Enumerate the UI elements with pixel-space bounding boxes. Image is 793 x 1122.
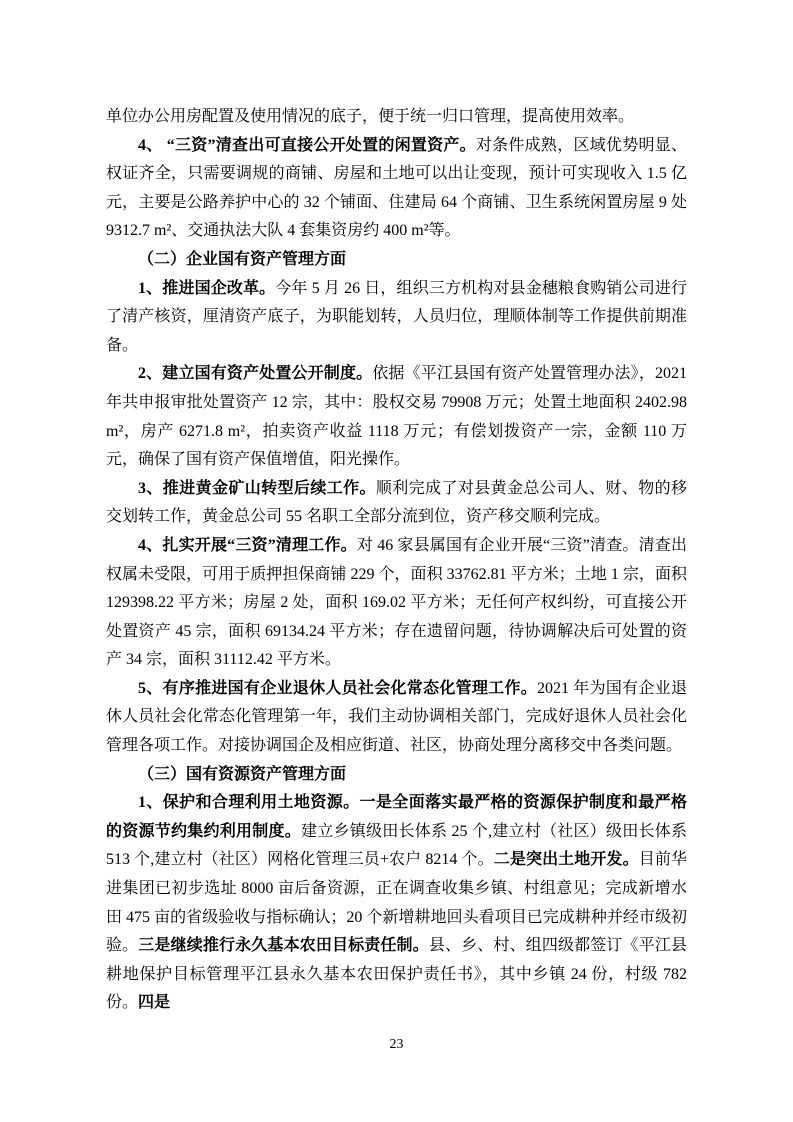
section-heading: （三）国有资源资产管理方面: [106, 761, 687, 790]
body-paragraph: 1、推进国企改革。今年 5 月 26 日，组织三方机构对县金穗粮食购销公司进行了…: [106, 275, 687, 361]
body-paragraph: 单位办公用房配置及使用情况的底子，便于统一归口管理，提高使用效率。: [106, 103, 687, 132]
run-in-heading: 2、建立国有资产处置公开制度。: [138, 365, 372, 382]
section-heading: （二）企业国有资产管理方面: [106, 246, 687, 275]
page-number: 23: [0, 1036, 793, 1054]
run-in-heading: 3、推进黄金矿山转型后续工作。: [138, 480, 376, 497]
body-paragraph: 2、建立国有资产处置公开制度。依据《平江县国有资产处置管理办法》，2021 年共…: [106, 360, 687, 474]
section-heading-text: （二）企业国有资产管理方面: [138, 251, 346, 268]
paragraph-text: 单位办公用房配置及使用情况的底子，便于统一归口管理，提高使用效率。: [106, 108, 634, 125]
body-paragraph: 3、推进黄金矿山转型后续工作。顺利完成了对县黄金总公司人、财、物的移交划转工作，…: [106, 475, 687, 532]
body-paragraph: 1、保护和合理利用土地资源。一是全面落实最严格的资源保护制度和最严格的资源节约集…: [106, 789, 687, 1018]
document-body: 单位办公用房配置及使用情况的底子，便于统一归口管理，提高使用效率。 4、 “三资…: [106, 103, 687, 1018]
body-paragraph: 4、 “三资”清查出可直接公开处置的闲置资产。对条件成熟，区域优势明显、权证齐全…: [106, 132, 687, 246]
run-in-heading: 三是继续推行永久基本农田目标责任制。: [138, 937, 429, 954]
run-in-heading: 四是: [138, 994, 170, 1011]
section-heading-text: （三）国有资源资产管理方面: [138, 766, 346, 783]
body-paragraph: 4、扎实开展“三资”清理工作。对 46 家县属国有企业开展“三资”清查。清查出权…: [106, 532, 687, 675]
run-in-heading: 4、扎实开展“三资”清理工作。: [138, 537, 357, 554]
paragraph-text: 对 46 家县属国有企业开展“三资”清查。清查出权属未受限，可用于质押担保商铺 …: [106, 537, 687, 668]
run-in-heading: 二是突出土地开发。: [494, 851, 639, 868]
run-in-heading: 4、 “三资”清查出可直接公开处置的闲置资产。: [138, 137, 476, 154]
run-in-heading: 5、有序推进国有企业退休人员社会化常态化管理工作。: [138, 680, 537, 697]
run-in-heading: 1、推进国企改革。: [138, 280, 275, 297]
body-paragraph: 5、有序推进国有企业退休人员社会化常态化管理工作。2021 年为国有企业退休人员…: [106, 675, 687, 761]
